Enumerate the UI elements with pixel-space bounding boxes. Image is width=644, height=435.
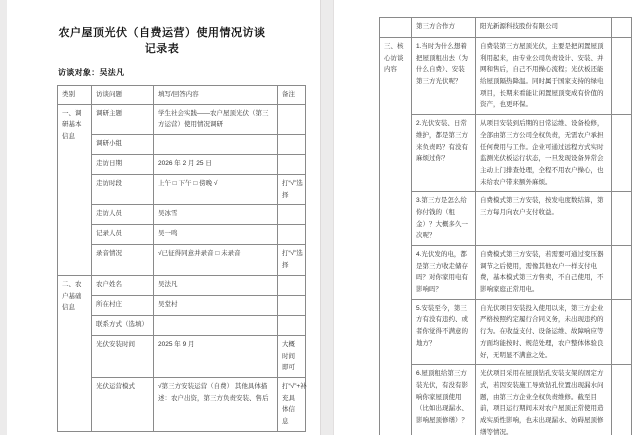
header-cell-note: 备注 xyxy=(278,86,306,105)
answer-cell: 从项目安装到后期的日常运维、设备检修，全部由第三方公司全权负责，无需农户承担任何… xyxy=(476,115,612,192)
note-cell xyxy=(278,295,306,315)
table-row: 5.安装至今，第三方有没有违约、或者你觉得不满意的地方？自光伏项目安装投入使用以… xyxy=(380,299,632,364)
answer-cell: 光伏项目采用在屋顶钻孔安装支架的固定方式，若因安装施工导致钻孔位置出现漏水问题，… xyxy=(476,365,612,435)
answer-cell: 吴法凡 xyxy=(154,275,278,295)
question-cell: 所在村庄 xyxy=(92,295,154,315)
form-table-page1: 类别 访谈问题 填写/回答内容 备注 一、调研基本信息调研主题学生社会实践——农… xyxy=(57,85,306,432)
header-row: 类别 访谈问题 填写/回答内容 备注 xyxy=(58,86,306,105)
question-cell: 录音情况 xyxy=(92,245,154,275)
header-cell-question: 访谈问题 xyxy=(92,86,154,105)
note-cell xyxy=(278,205,306,225)
category-cell: 一、调研基本信息 xyxy=(58,104,92,275)
page-1: 农户屋顶光伏（自费运营）使用情况访谈记录表 访谈对象：吴法凡 类别 访谈问题 填… xyxy=(7,0,321,435)
answer-cell: 2025 年 9 月 xyxy=(154,335,278,377)
table-row: 一、调研基本信息调研主题学生社会实践——农户屋顶光伏（第三方运营）使用情况调研 xyxy=(58,104,306,134)
table-row: 2.光伏安装、日常维护，都是第三方来负责吗？有没有麻烦过你？从项目安装到后期的日… xyxy=(380,115,632,192)
note-cell xyxy=(278,135,306,155)
table-row: 4.光伏发的电，都是第三方收走储存吗？对你家用电有影响吗？自费模式第三方安装，若… xyxy=(380,246,632,300)
header-cell-category: 类别 xyxy=(58,86,92,105)
answer-cell: 吴堂村 xyxy=(154,295,278,315)
table-row: 记录人员吴一鸣 xyxy=(58,225,306,245)
answer-cell: 自费模式第三方安装，若需要可通过变压器调节之后使用，需像其他农户一样支付电费，基… xyxy=(476,246,612,300)
answer-cell: 学生社会实践——农户屋顶光伏（第三方运营）使用情况调研 xyxy=(154,104,278,134)
table-row: 走访人员吴冰雪 xyxy=(58,205,306,225)
note-cell xyxy=(612,299,632,364)
question-cell: 走访人员 xyxy=(92,205,154,225)
answer-cell: 2026 年 2 月 25 日 xyxy=(154,155,278,175)
table-row: 调研小组 xyxy=(58,135,306,155)
note-cell xyxy=(612,365,632,435)
table-row: 二、农户基础信息农户姓名吴法凡 xyxy=(58,275,306,295)
question-cell: 记录人员 xyxy=(92,225,154,245)
question-cell: 3.第三方是怎么给你付钱的（租金）？大概多久一次呢？ xyxy=(412,192,476,246)
table-row: 走访日期2026 年 2 月 25 日 xyxy=(58,155,306,175)
question-cell: 调研小组 xyxy=(92,135,154,155)
answer-cell: 自光伏项目安装投入使用以来，第三方企业严格按照约定履行合同义务，未出现违约的行为… xyxy=(476,299,612,364)
note-cell xyxy=(612,38,632,115)
question-cell: 6.屋顶租给第三方装光伏，有没有影响你家屋顶使用（比如出现漏水、影响屋顶修缮）？ xyxy=(412,365,476,435)
table-row: 第三方合作方阳光新源科技股份有限公司 xyxy=(380,18,632,38)
category-cell xyxy=(380,18,412,38)
note-cell xyxy=(278,104,306,134)
table-row: 光伏安装时间2025 年 9 月大概时间即可 xyxy=(58,335,306,377)
page-2: 第三方合作方阳光新源科技股份有限公司三、核心访谈内容1.当时为什么想着把屋顶租出… xyxy=(333,0,644,435)
question-cell: 光伏安装时间 xyxy=(92,335,154,377)
note-cell: 大概时间即可 xyxy=(278,335,306,377)
question-cell: 农户姓名 xyxy=(92,275,154,295)
note-cell: 打“√”+补充具体信息 xyxy=(278,377,306,431)
question-cell: 2.光伏安装、日常维护，都是第三方来负责吗？有没有麻烦过你？ xyxy=(412,115,476,192)
answer-cell: √已征得同意并录音 □ 未录音 xyxy=(154,245,278,275)
note-cell xyxy=(278,275,306,295)
note-cell xyxy=(278,155,306,175)
question-cell: 走访时段 xyxy=(92,175,154,205)
table-row: 三、核心访谈内容1.当时为什么想着把屋顶租出去（为什么自费）、安装第三方光伏呢？… xyxy=(380,38,632,115)
answer-cell: 阳光新源科技股份有限公司 xyxy=(476,18,612,38)
table-row: 录音情况√已征得同意并录音 □ 未录音打“√”选择 xyxy=(58,245,306,275)
interview-subject: 访谈对象：吴法凡 xyxy=(58,67,308,78)
note-cell xyxy=(612,192,632,246)
answer-cell xyxy=(154,135,278,155)
table-row: 所在村庄吴堂村 xyxy=(58,295,306,315)
question-cell: 光伏运营模式 xyxy=(92,377,154,431)
answer-cell: 自费装第三方屋顶光伏，主要是把闲置屋顶利用起来，由专业公司负责设计、安装、并网和… xyxy=(476,38,612,115)
category-cell: 三、核心访谈内容 xyxy=(380,38,412,435)
form-table-page2: 第三方合作方阳光新源科技股份有限公司三、核心访谈内容1.当时为什么想着把屋顶租出… xyxy=(379,17,632,435)
question-cell: 1.当时为什么想着把屋顶租出去（为什么自费）、安装第三方光伏呢？ xyxy=(412,38,476,115)
table-row: 3.第三方是怎么给你付钱的（租金）？大概多久一次呢？自费模式第三方安装，按发电度… xyxy=(380,192,632,246)
table-row: 走访时段上午 □ 下午 □ 傍晚 √打“√”选择 xyxy=(58,175,306,205)
table-row: 光伏运营模式√第三方安装运营（自费） 其他具体描述：农户出资，第三方负责安装、售… xyxy=(58,377,306,431)
answer-cell: 上午 □ 下午 □ 傍晚 √ xyxy=(154,175,278,205)
header-cell-answer: 填写/回答内容 xyxy=(154,86,278,105)
question-cell: 第三方合作方 xyxy=(412,18,476,38)
note-cell: 打“√”选择 xyxy=(278,245,306,275)
note-cell xyxy=(278,225,306,245)
category-cell: 二、农户基础信息 xyxy=(58,275,92,431)
answer-cell: 吴一鸣 xyxy=(154,225,278,245)
note-cell xyxy=(612,18,632,38)
note-cell xyxy=(612,246,632,300)
answer-cell: 自费模式第三方安装，按发电度数结算，第三方每月向农户支付收益。 xyxy=(476,192,612,246)
question-cell: 调研主题 xyxy=(92,104,154,134)
question-cell: 联系方式（选填） xyxy=(92,315,154,335)
question-cell: 5.安装至今，第三方有没有违约、或者你觉得不满意的地方？ xyxy=(412,299,476,364)
answer-cell xyxy=(154,315,278,335)
table-row: 联系方式（选填） xyxy=(58,315,306,335)
note-cell xyxy=(278,315,306,335)
answer-cell: 吴冰雪 xyxy=(154,205,278,225)
question-cell: 走访日期 xyxy=(92,155,154,175)
note-cell: 打“√”选择 xyxy=(278,175,306,205)
answer-cell: √第三方安装运营（自费） 其他具体描述：农户出资，第三方负责安装、售后 xyxy=(154,377,278,431)
question-cell: 4.光伏发的电，都是第三方收走储存吗？对你家用电有影响吗？ xyxy=(412,246,476,300)
table-row: 6.屋顶租给第三方装光伏，有没有影响你家屋顶使用（比如出现漏水、影响屋顶修缮）？… xyxy=(380,365,632,435)
doc-title: 农户屋顶光伏（自费运营）使用情况访谈记录表 xyxy=(57,24,267,56)
note-cell xyxy=(612,115,632,192)
